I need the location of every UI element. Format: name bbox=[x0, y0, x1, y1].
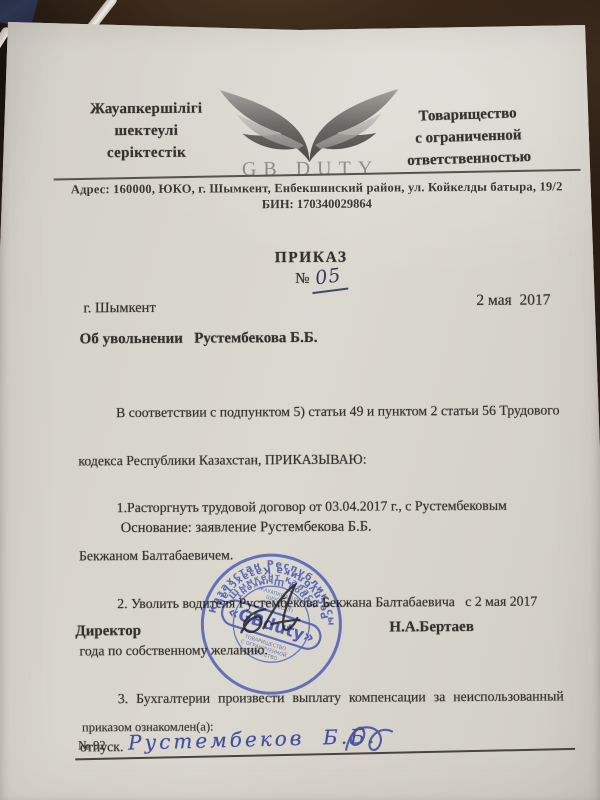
acknowledgement-number: № 92 bbox=[78, 738, 106, 753]
document-content: Жауапкершілігі шектеулі серіктестік bbox=[0, 0, 600, 800]
signatory-name: Н.А.Бертаев bbox=[389, 619, 474, 637]
org-name-ru-line3: ответственностью bbox=[389, 145, 550, 172]
body-line: 1.Расторгнуть трудовой договор от 03.04.… bbox=[79, 498, 565, 517]
org-name-kk-line2: шектеулі bbox=[68, 119, 224, 142]
order-number-handwritten: 05 bbox=[314, 264, 343, 289]
body-line: кодекса Республики Казахстан, ПРИКАЗЫВАЮ… bbox=[78, 450, 564, 469]
bin-line: БИН: 170340029864 bbox=[0, 195, 600, 214]
order-basis: Основание: заявление Рустембекова Б.Б. bbox=[121, 519, 372, 538]
wings-logo-icon bbox=[216, 83, 402, 164]
document-paper: Жауапкершілігі шектеулі серіктестік bbox=[0, 0, 600, 800]
logo-text: GB DUTY bbox=[221, 157, 401, 181]
order-number-label: № bbox=[295, 271, 309, 288]
date-label: 2 мая 2017 bbox=[476, 291, 550, 309]
order-subject: Об увольнении Рустембекова Б.Б. bbox=[80, 330, 318, 348]
org-name-kk-line3: серіктестік bbox=[68, 141, 224, 164]
org-name-kk-line1: Жауапкершілігі bbox=[68, 97, 224, 120]
signatory-role: Директор bbox=[75, 623, 141, 640]
body-line: В соответствии с подпунктом 5) статьи 49… bbox=[78, 402, 564, 421]
city-label: г. Шымкент bbox=[83, 300, 155, 317]
order-title: ПРИКАЗ bbox=[0, 247, 600, 269]
org-name-kazakh: Жауапкершілігі шектеулі серіктестік bbox=[68, 97, 224, 164]
org-name-russian: Товарищество с ограниченной ответственно… bbox=[387, 101, 549, 172]
employee-signature bbox=[338, 711, 410, 763]
director-signature bbox=[227, 578, 319, 657]
